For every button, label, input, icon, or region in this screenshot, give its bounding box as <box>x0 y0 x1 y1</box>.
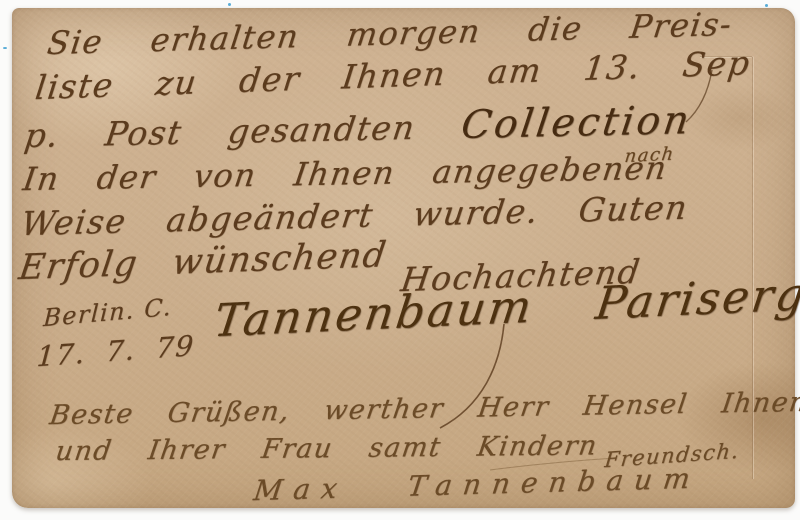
ps-signature: Max Tannenbaum <box>252 462 703 508</box>
collection-word: Collection <box>458 98 694 148</box>
postcard: Sie erhalten morgen die Preis- liste zu … <box>12 8 795 508</box>
handwriting-line-6: Erfolg wünschend <box>16 235 389 288</box>
place-line: Berlin. C. <box>43 293 174 333</box>
handwriting-line-3: p. Post gesandten Collection <box>22 98 695 157</box>
line-3-prefix: p. Post gesandten <box>22 108 418 155</box>
date-line: 17. 7. 79 <box>36 329 196 373</box>
scanner-speck <box>765 4 768 7</box>
scan-background: Sie erhalten morgen die Preis- liste zu … <box>0 0 800 520</box>
scanner-speck <box>228 3 231 6</box>
scanner-speck <box>3 47 7 49</box>
ps-line-2: und Ihrer Frau samt Kindern <box>53 430 600 467</box>
ps-line-1: Beste Grüßen, werther Herr Hensel Ihnen <box>48 387 800 431</box>
